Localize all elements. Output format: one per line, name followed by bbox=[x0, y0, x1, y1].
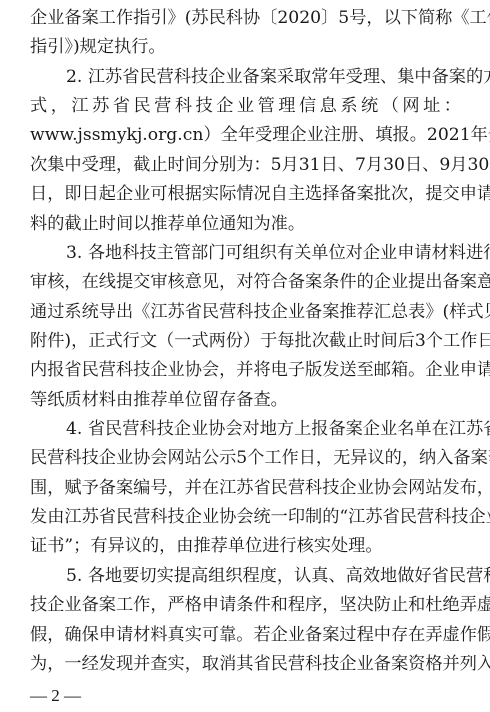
text-line: 等纸质材料由推荐单位留存备查。 bbox=[30, 386, 461, 415]
text-line-url: www.jssmykj.org.cn）全年受理企业注册、填报。2021年分三批 bbox=[30, 121, 461, 150]
text-line: 料的截止时间以推荐单位通知为准。 bbox=[30, 210, 461, 239]
text-line: 式，江苏省民营科技企业管理信息系统（网址： bbox=[30, 92, 461, 121]
text-line: 技企业备案工作，严格申请条件和程序，坚决防止和杜绝弄虚作 bbox=[30, 591, 461, 620]
text-line: 企业备案工作指引》(苏民科协〔2020〕5号，以下简称《工作 bbox=[30, 4, 461, 33]
paragraph-5-start: 5. 各地要切实提高组织程度，认真、高效地做好省民营科 bbox=[30, 562, 461, 591]
paragraph-3-start: 3. 各地科技主管部门可组织有关单位对企业申请材料进行 bbox=[30, 239, 461, 268]
text-line: 附件)，正式行文（一式两份）于每批次截止时间后3个工作日 bbox=[30, 327, 461, 356]
document-body: 企业备案工作指引》(苏民科协〔2020〕5号，以下简称《工作 指引》)规定执行。… bbox=[30, 4, 461, 679]
text-line: 证书”；有异议的，由推荐单位进行核实处理。 bbox=[30, 532, 461, 561]
text-line: 民营科技企业协会网站公示5个工作日，无异议的，纳入备案范 bbox=[30, 444, 461, 473]
text-line: 假，确保申请材料真实可靠。若企业备案过程中存在弄虚作假行 bbox=[30, 621, 461, 650]
text-line: 发由江苏省民营科技企业协会统一印制的“江苏省民营科技企业 bbox=[30, 503, 461, 532]
text-line: 指引》)规定执行。 bbox=[30, 33, 461, 62]
text-line: 通过系统导出《江苏省民营科技企业备案推荐汇总表》(样式见 bbox=[30, 298, 461, 327]
page-number: — 2 — bbox=[30, 684, 81, 708]
text-line: 次集中受理，截止时间分别为：5月31日、7月30日、9月30 bbox=[30, 151, 461, 180]
paragraph-2-start: 2. 江苏省民营科技企业备案采取常年受理、集中备案的方 bbox=[30, 63, 461, 92]
paragraph-4-start: 4. 省民营科技企业协会对地方上报备案企业名单在江苏省 bbox=[30, 415, 461, 444]
text-line: 日，即日起企业可根据实际情况自主选择备案批次，提交申请材 bbox=[30, 180, 461, 209]
text-line: 审核，在线提交审核意见，对符合备案条件的企业提出备案意见， bbox=[30, 268, 461, 297]
text-line: 内报省民营科技企业协会，并将电子版发送至邮箱。企业申请书 bbox=[30, 356, 461, 385]
text-line: 为，一经发现并查实，取消其省民营科技企业备案资格并列入不 bbox=[30, 650, 461, 679]
text-line: 围，赋予备案编号，并在江苏省民营科技企业协会网站发布，颁 bbox=[30, 474, 461, 503]
